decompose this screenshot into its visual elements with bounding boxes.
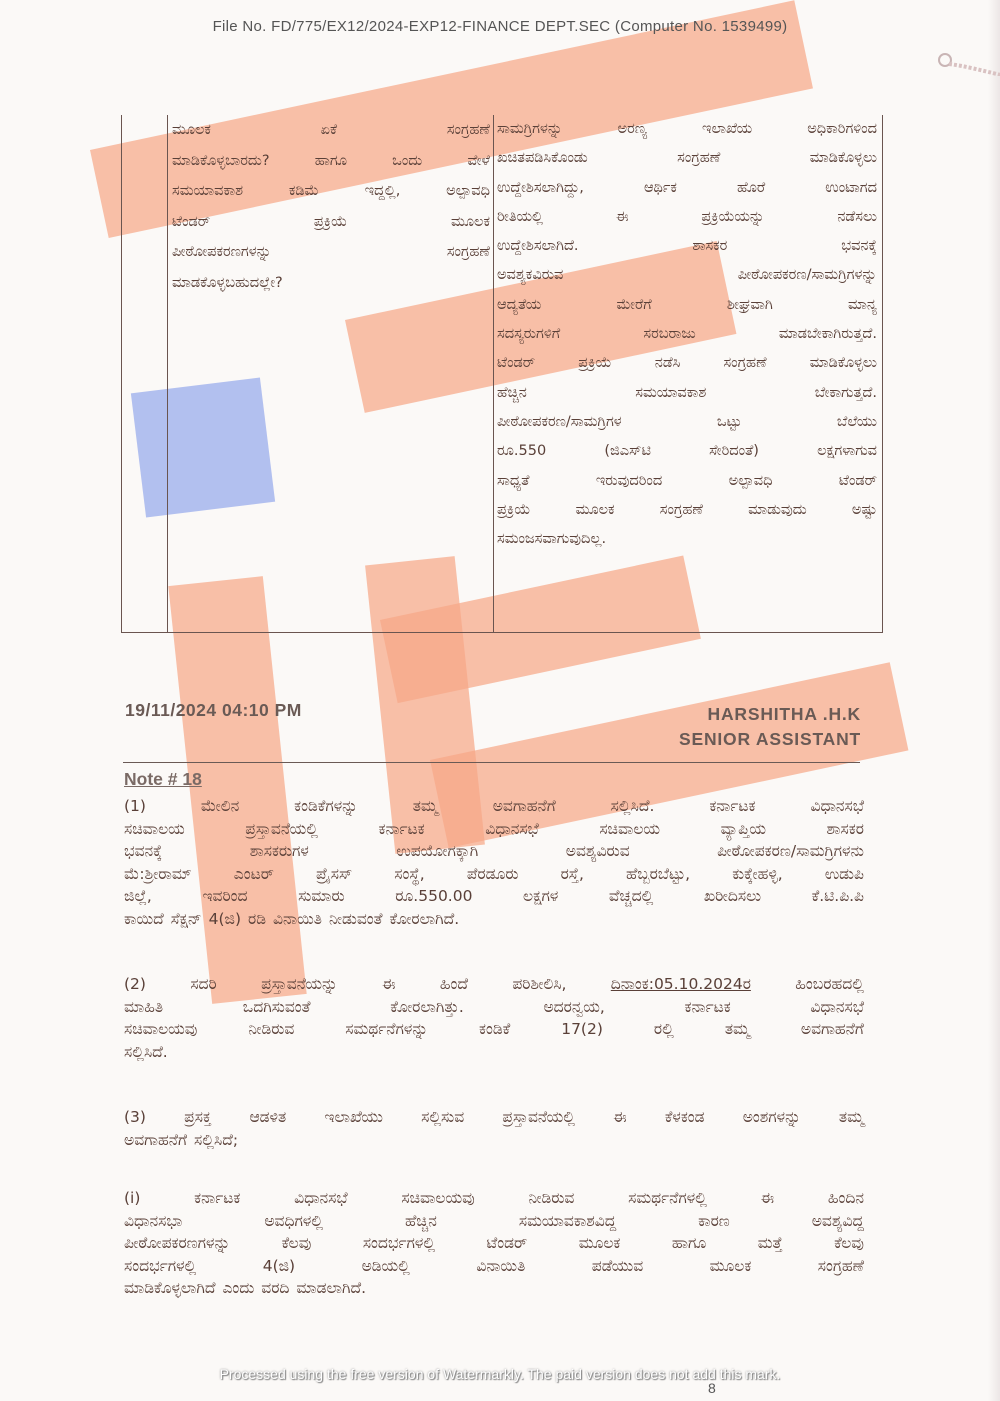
word: ವಿಧಾನಸಭೆ	[294, 1187, 348, 1210]
word: ಪ್ರಸಕ್ತ	[184, 1106, 211, 1129]
word: ಸಲ್ಲಿಸಿದೆ.	[124, 1041, 168, 1064]
word: ಅಲ್ಪಾವಧಿ	[446, 176, 490, 207]
word: ಕೆಲವು	[282, 1232, 312, 1255]
word: ಸಲ್ಲಿಸಿದೆ;	[194, 1129, 238, 1152]
divider	[123, 762, 860, 763]
text-line: ಟೆಂಡರ್ಪ್ರಕ್ರಿಯೆಮೂಲಕ	[172, 207, 490, 238]
word: (2)	[124, 973, 146, 996]
word: ವರದಿ	[261, 1277, 289, 1300]
word: ಈ	[761, 1187, 774, 1210]
word: ಕಾಯಿದೆ	[124, 908, 164, 931]
word: 4(ಜಿ)	[209, 908, 241, 931]
word: ಹೆಚ್ಚಿನ	[497, 379, 527, 408]
word: ಪ್ರೈಸಸ್	[316, 863, 352, 886]
word: ಮಾಡಬೇಕಾಗಿರುತ್ತದೆ.	[779, 320, 877, 349]
text-line: ಸಮಯಾವಕಾಶಕಡಿಮೆಇದ್ದಲ್ಲಿ,ಅಲ್ಪಾವಧಿ	[172, 176, 490, 207]
text-line: ವಿಧಾನಸಭಾಅವಧಿಗಳಲ್ಲಿಹೆಚ್ಚಿನಸಮಯಾವಕಾಶವಿದ್ದಕಾ…	[124, 1210, 864, 1233]
word: ಸಂಗ್ರಹಣೆ	[818, 1255, 864, 1278]
word: ವಿಧಾನಸಭೆ	[485, 818, 539, 841]
signatory-designation: SENIOR ASSISTANT	[679, 729, 861, 750]
word: ಅಂಶಗಳನ್ನು	[743, 1106, 801, 1129]
word: ಕೆ.ಟಿ.ಪಿ.ಪಿ	[812, 885, 864, 908]
word: ಮೂಲಕ	[579, 1232, 621, 1255]
word: ಪ್ರಸ್ತಾವನೆಯನ್ನು	[261, 973, 338, 996]
word: ಸಮಯಾವಕಾಶ	[172, 176, 243, 207]
word: ನೀಡಿರುವ	[248, 1018, 294, 1041]
word: ಉಂಟಾಗದ	[825, 174, 877, 203]
text-line: ಸಲ್ಲಿಸಿದೆ.	[124, 1041, 864, 1064]
word: ಮೂಲಕ	[451, 207, 490, 238]
word: ವೇಳೆ	[467, 146, 490, 177]
word: ಅವಗಾಹನೆಗೆ	[124, 1129, 187, 1152]
word: ಮೂಲಕ	[710, 1255, 752, 1278]
text-line: ಅವಗಾಹನೆಗೆಸಲ್ಲಿಸಿದೆ;	[124, 1129, 864, 1152]
word: ಅವಗಾಹನೆಗೆ	[493, 795, 556, 818]
word: ನಡೆಸಿ	[655, 349, 681, 378]
word: ಅವಗಾಹನೆಗೆ	[801, 1018, 864, 1041]
word: ಸಂಗ್ರಹಣೆ	[447, 237, 490, 268]
word: ಟೆಂಡರ್	[487, 1232, 528, 1255]
word: ವಿನಾಯಿತಿ	[273, 908, 322, 931]
word: ಸದರಿ	[190, 973, 216, 996]
word: ಸಮಂಜಸವಾಗುವುದಿಲ್ಲ.	[497, 525, 606, 554]
text-line: ಪೀಠೋಪಕರಣಗಳನ್ನುಕೆಲವುಸಂದರ್ಭಗಳಲ್ಲಿಟೆಂಡರ್ಮೂಲ…	[124, 1232, 864, 1255]
word: ಅಡಿಯಲ್ಲಿ	[362, 1255, 410, 1278]
word: ಸಂಗ್ರಹಣೆ	[447, 115, 490, 146]
word: ಸದಸ್ಯರುಗಳಿಗೆ	[497, 320, 560, 349]
word: ಅವಶ್ಯವಿರುವ	[566, 840, 630, 863]
word: ಮಾಡಲಾಗಿದೆ.	[296, 1277, 366, 1300]
text-line: ಸಚಿವಾಲಯವುನೀಡಿರುವಸಮರ್ಥನೆಗಳನ್ನುಕಂಡಿಕೆ17(2)…	[124, 1018, 864, 1041]
text-line: ಅವಶ್ಯಕವಿರುವಪೀಠೋಪಕರಣ/ಸಾಮಗ್ರಿಗಳನ್ನು	[497, 261, 877, 290]
word: ಲಕ್ಷಗಳ	[523, 885, 558, 908]
text-line: ಪೀಠೋಪಕರಣ/ಸಾಮಗ್ರಿಗಳಒಟ್ಟುಬೆಲೆಯು	[497, 408, 877, 437]
page-number: 8	[708, 1380, 716, 1396]
text-line: ಸದಸ್ಯರುಗಳಿಗೆಸರಬರಾಜುಮಾಡಬೇಕಾಗಿರುತ್ತದೆ.	[497, 320, 877, 349]
word: ನೀಡುವಂತೆ	[329, 908, 383, 931]
word: ಉದ್ದೇಶಿಸಲಾಗಿದ್ದು,	[497, 174, 584, 203]
word: ಎಂಟರ್	[234, 863, 274, 886]
text-line: ಸಮಂಜಸವಾಗುವುದಿಲ್ಲ.	[497, 525, 877, 554]
word: ಮತ್ತೆ	[758, 1232, 783, 1255]
word: ಕುಕ್ಕೇಹಳ್ಳಿ,	[732, 863, 783, 886]
word: ಖರೀದಿಸಲು	[704, 885, 761, 908]
word: ಟೆಂಡರ್	[172, 207, 210, 238]
word: ಜಿಲ್ಲೆ,	[124, 885, 152, 908]
word: ಕೆಳಕಂಡ	[665, 1106, 705, 1129]
text-line: ಮೆ:ಶ್ರೀರಾಮ್ಎಂಟರ್ಪ್ರೈಸಸ್ಸಂಸ್ಥೆ,ಪೆರಡೂರುರಸ್…	[124, 863, 864, 886]
word: ಹಾಗೂ	[672, 1232, 707, 1255]
word: ಆಡಳಿತ	[249, 1106, 286, 1129]
table-cell-question: ಮೂಲಕಏಕೆಸಂಗ್ರಹಣೆಮಾಡಿಕೊಳ್ಳಬಾರದು?ಹಾಗೂಒಂದುವೇ…	[172, 115, 490, 298]
word: ಸಚಿವಾಲಯ	[599, 818, 660, 841]
word: ಏಕೆ	[321, 115, 337, 146]
word: ಹೊರೆ	[737, 174, 765, 203]
note-paragraph-3-i: (i)ಕರ್ನಾಟಕವಿಧಾನಸಭೆಸಚಿವಾಲಯವುನೀಡಿರುವಸಮರ್ಥನ…	[124, 1187, 864, 1300]
text-line: (1)ಮೇಲಿನಕಂಡಿಕೆಗಳನ್ನುತಮ್ಮಅವಗಾಹನೆಗೆಸಲ್ಲಿಸಿ…	[124, 795, 864, 818]
word: ಅಲ್ಪಾವಧಿ	[729, 467, 773, 496]
text-line: (3)ಪ್ರಸಕ್ತಆಡಳಿತಇಲಾಖೆಯುಸಲ್ಲಿಸುವಪ್ರಸ್ತಾವನೆ…	[124, 1106, 864, 1129]
text-line: (i)ಕರ್ನಾಟಕವಿಧಾನಸಭೆಸಚಿವಾಲಯವುನೀಡಿರುವಸಮರ್ಥನ…	[124, 1187, 864, 1210]
note-paragraph-3: (3)ಪ್ರಸಕ್ತಆಡಳಿತಇಲಾಖೆಯುಸಲ್ಲಿಸುವಪ್ರಸ್ತಾವನೆ…	[124, 1106, 864, 1151]
word: ಸಂಗ್ರಹಣೆ	[677, 144, 720, 173]
word: ರಸ್ತೆ,	[561, 863, 584, 886]
text-line: ಮಾಡಿಕೊಳ್ಳಲಾಗಿದೆಎಂದುವರದಿಮಾಡಲಾಗಿದೆ.	[124, 1277, 864, 1300]
word: ವಿಧಾನಸಭೆ	[810, 795, 864, 818]
word: ಪೀಠೋಪಕರಣಗಳನ್ನು	[172, 237, 271, 268]
word: ಪ್ರಕ್ರಿಯೆ	[314, 207, 347, 238]
table-column-divider	[493, 115, 494, 632]
word: ಸಂಗ್ರಹಣೆ	[723, 349, 766, 378]
note-title: Note # 18	[124, 769, 202, 790]
word: (3)	[124, 1106, 146, 1129]
word: ಸಮಯಾವಕಾಶ	[635, 379, 706, 408]
word: ಹೆಚ್ಚಿನ	[405, 1210, 437, 1233]
text-line: ಹೆಚ್ಚಿನಸಮಯಾವಕಾಶಬೇಕಾಗುತ್ತದೆ.	[497, 379, 877, 408]
text-line: ಮಾಹಿತಿಒದಗಿಸುವಂತೆಕೋರಲಾಗಿತ್ತು.ಅದರನ್ವಯ,ಕರ್ನ…	[124, 996, 864, 1019]
text-line: ರೂ.550(ಜಿಎಸ್‌ಟಿಸೇರಿದಂತೆ)ಲಕ್ಷಗಳಾಗುವ	[497, 437, 877, 466]
word: ಮಾಡಿಕೊಳ್ಳಲಾಗಿದೆ	[124, 1277, 215, 1300]
word: ಇಲಾಖೆಯು	[324, 1106, 383, 1129]
word: ಲಕ್ಷಗಳಾಗುವ	[817, 437, 877, 466]
text-line: ಕಾಯಿದೆಸೆಕ್ಷನ್4(ಜಿ)ರಡಿವಿನಾಯಿತಿನೀಡುವಂತೆಕೋರ…	[124, 908, 864, 931]
word: ಹಿಂಬರಹದಲ್ಲಿ	[795, 973, 864, 996]
word: ಒಂದು	[392, 146, 422, 177]
text-line: ಪೀಠೋಪಕರಣಗಳನ್ನುಸಂಗ್ರಹಣೆ	[172, 237, 490, 268]
signature-datetime: 19/11/2024 04:10 PM	[125, 700, 302, 721]
word: ಕೋರಲಾಗಿತ್ತು.	[390, 996, 464, 1019]
word: ಭವನಕ್ಕೆ	[124, 840, 162, 863]
word: ಖಚಿತಪಡಿಸಿಕೊಂಡು	[497, 144, 588, 173]
word: ಮಾಡಿಕೊಳ್ಳಲು	[810, 349, 877, 378]
word: ಮೂಲಕ	[172, 115, 211, 146]
text-line: ಭವನಕ್ಕೆಶಾಸಕರುಗಳಉಪಯೋಗಕ್ಕಾಗಿಅವಶ್ಯವಿರುವಪೀಠೋ…	[124, 840, 864, 863]
word: ಸಂದರ್ಭಗಳಲ್ಲಿ	[124, 1255, 196, 1278]
word: ಈ	[613, 1106, 626, 1129]
text-line: ಪ್ರಕ್ರಿಯೆಮೂಲಕಸಂಗ್ರಹಣೆಮಾಡುವುದುಅಷ್ಟು	[497, 496, 877, 525]
word: ಸಚಿವಾಲಯವು	[124, 1018, 197, 1041]
word: ಕರ್ನಾಟಕ	[194, 1187, 240, 1210]
text-line: (2)ಸದರಿಪ್ರಸ್ತಾವನೆಯನ್ನುಈಹಿಂದೆಪರಿಶೀಲಿಸಿ,ದಿ…	[124, 973, 864, 996]
word: ಈ	[616, 203, 629, 232]
word: ಕಾರಣ	[698, 1210, 730, 1233]
word: ಹೆಬ್ಬರಬೆಟ್ಟು,	[626, 863, 690, 886]
text-line: ಆದ್ಯತೆಯಮೇರೆಗೆಶೀಘ್ರವಾಗಿಮಾನ್ಯ	[497, 291, 877, 320]
word: ಮೂಲಕ	[576, 496, 615, 525]
watermark-notice: Processed using the free version of Wate…	[0, 1366, 1000, 1382]
text-line: ಟೆಂಡರ್ಪ್ರಕ್ರಿಯೆನಡೆಸಿಸಂಗ್ರಹಣೆಮಾಡಿಕೊಳ್ಳಲು	[497, 349, 877, 378]
word: ಮೇರೆಗೆ	[616, 291, 651, 320]
text-line: ಮಾಡಿಕೊಳ್ಳಬಾರದು?ಹಾಗೂಒಂದುವೇಳೆ	[172, 146, 490, 177]
word: ಸಮರ್ಥನೆಗಳಲ್ಲಿ	[628, 1187, 707, 1210]
word: ಮಾನ್ಯ	[848, 291, 877, 320]
word: ನೀಡಿರುವ	[528, 1187, 574, 1210]
justification-table: ಮೂಲಕಏಕೆಸಂಗ್ರಹಣೆಮಾಡಿಕೊಳ್ಳಬಾರದು?ಹಾಗೂಒಂದುವೇ…	[121, 115, 883, 633]
word: ಪ್ರಸ್ತಾವನೆಯಲ್ಲಿ	[502, 1106, 575, 1129]
word: ಕರ್ನಾಟಕ	[685, 996, 731, 1019]
text-line: ಜಿಲ್ಲೆ,ಇವರಿಂದಸುಮಾರುರೂ.550.00ಲಕ್ಷಗಳವೆಚ್ಚದ…	[124, 885, 864, 908]
word: ಸರಬರಾಜು	[643, 320, 695, 349]
word: ತಮ್ಮ	[413, 795, 438, 818]
word: ಅದರನ್ವಯ,	[543, 996, 604, 1019]
word: ಕೆಲವು	[834, 1232, 864, 1255]
file-reference: File No. FD/775/EX12/2024-EXP12-FINANCE …	[0, 18, 1000, 35]
word: ಸಮರ್ಥನೆಗಳನ್ನು	[345, 1018, 428, 1041]
word: ಬೆಲೆಯು	[837, 408, 877, 437]
word: ವೆಚ್ಚದಲ್ಲಿ	[609, 885, 653, 908]
word: ಪ್ರಸ್ತಾವನೆಯಲ್ಲಿ	[245, 818, 318, 841]
word: ಮಾಹಿತಿ	[124, 996, 163, 1019]
word: ಸಚಿವಾಲಯವು	[401, 1187, 474, 1210]
word: ಸುಮಾರು	[298, 885, 345, 908]
word: ಪೀಠೋಪಕರಣ/ಸಾಮಗ್ರಿಗಳ	[497, 408, 622, 437]
note-paragraph-1: (1)ಮೇಲಿನಕಂಡಿಕೆಗಳನ್ನುತಮ್ಮಅವಗಾಹನೆಗೆಸಲ್ಲಿಸಿ…	[124, 795, 864, 930]
word: ಈ	[382, 973, 395, 996]
word: ಶಾಸಕರ	[692, 232, 727, 261]
word: ಸಮಯಾವಕಾಶವಿದ್ದ	[519, 1210, 616, 1233]
word: ಮೇಲಿನ	[201, 795, 239, 818]
word: ಕರ್ನಾಟಕ	[378, 818, 424, 841]
word: ದಿನಾಂಕ:05.10.2024ರ	[611, 973, 751, 996]
word: ಶಾಸಕರುಗಳ	[250, 840, 309, 863]
word: (1)	[124, 795, 146, 818]
word: ಸಂಗ್ರಹಣೆ	[660, 496, 703, 525]
table-column-divider	[167, 115, 168, 632]
watermark-column-left	[168, 576, 306, 1004]
word: ಪೀಠೋಪಕರಣಗಳನ್ನು	[124, 1232, 230, 1255]
word: ರಡಿ	[248, 908, 266, 931]
word: ಮಾಡಿಕೊಳ್ಳಲು	[810, 144, 877, 173]
word: 4(ಜಿ)	[263, 1255, 295, 1278]
word: ಹಿಂದೆ	[440, 973, 468, 996]
word: ಪೀಠೋಪಕರಣ/ಸಾಮಗ್ರಿಗಳನ್ನು	[738, 261, 877, 290]
word: ಕಂಡಿಕೆ	[479, 1018, 510, 1041]
word: ಹಿಂದಿನ	[828, 1187, 864, 1210]
word: ನಡೆಸಲು	[837, 203, 877, 232]
file-string-icon	[935, 52, 1000, 76]
word: ಮಾಡಿಕೊಳ್ಳಬಾರದು?	[172, 146, 270, 177]
text-line: ಸಾಮಗ್ರಿಗಳನ್ನುಅರಣ್ಯಇಲಾಖೆಯಅಧಿಕಾರಿಗಳಿಂದ	[497, 115, 877, 144]
word: ರೂ.550	[497, 437, 546, 466]
page-edge-shadow	[988, 0, 1000, 1401]
word: ಸಾಧ್ಯತೆ	[497, 467, 529, 496]
word: ಉಡುಪಿ	[825, 863, 864, 886]
word: ವಿಧಾನಸಭೆ	[810, 996, 864, 1019]
signatory-name: HARSHITHA .H.K	[708, 704, 861, 725]
word: 17(2)	[561, 1018, 603, 1041]
word: (i)	[124, 1187, 140, 1210]
word: ಭವನಕ್ಕೆ	[841, 232, 877, 261]
word: ಸಾಮಗ್ರಿಗಳನ್ನು	[497, 115, 563, 144]
word: ಟೆಂಡರ್	[839, 467, 877, 496]
word: ಪೀಠೋಪಕರಣ/ಸಾಮಗ್ರಿಗಳನು	[717, 840, 864, 863]
text-line: ಸಂದರ್ಭಗಳಲ್ಲಿ4(ಜಿ)ಅಡಿಯಲ್ಲಿವಿನಾಯಿತಿಪಡೆಯುವಮ…	[124, 1255, 864, 1278]
word: ಎಂದು	[222, 1277, 254, 1300]
word: ಪೆರಡೂರು	[467, 863, 519, 886]
word: ಸೇರಿದಂತೆ)	[709, 437, 759, 466]
word: ರೂ.550.00	[395, 885, 472, 908]
text-line: ಮೂಲಕಏಕೆಸಂಗ್ರಹಣೆ	[172, 115, 490, 146]
word: ಒಟ್ಟು	[717, 408, 742, 437]
word: ಶಾಸಕರ	[827, 818, 864, 841]
word: ತಮ್ಮ	[839, 1106, 864, 1129]
text-line: ಸಾಧ್ಯತೆಇರುವುದರಿಂದಅಲ್ಪಾವಧಿಟೆಂಡರ್	[497, 467, 877, 496]
word: ಸಂದರ್ಭಗಳಲ್ಲಿ	[363, 1232, 435, 1255]
word: ಮಾಡಕೊಳ್ಳಬಹುದಲ್ಲೇ?	[172, 268, 283, 299]
word: ಸಲ್ಲಿಸಿದೆ.	[611, 795, 655, 818]
word: ಸಂಸ್ಥೆ,	[394, 863, 424, 886]
word: ಹಾಗೂ	[315, 146, 347, 177]
word: ಪ್ರಕ್ರಿಯೆಯನ್ನು	[701, 203, 764, 232]
word: ಸೆಕ್ಷನ್	[171, 908, 202, 931]
word: ಉದ್ದೇಶಿಸಲಾಗಿದೆ.	[497, 232, 579, 261]
word: ಇಲಾಖೆಯ	[702, 115, 752, 144]
word: ಅಷ್ಟು	[852, 496, 877, 525]
word: ವಿನಾಯಿತಿ	[476, 1255, 525, 1278]
word: ಕಡಿಮೆ	[289, 176, 319, 207]
word: ಇವರಿಂದ	[202, 885, 247, 908]
word: ಅಧಿಕಾರಿಗಳಿಂದ	[807, 115, 877, 144]
word: ವ್ಯಾಪ್ತಿಯ	[721, 818, 766, 841]
word: ಮಾಡುವುದು	[748, 496, 807, 525]
word: ಪ್ರಕ್ರಿಯೆ	[497, 496, 530, 525]
word: ಆರ್ಥಿಕ	[644, 174, 677, 203]
table-cell-answer: ಸಾಮಗ್ರಿಗಳನ್ನುಅರಣ್ಯಇಲಾಖೆಯಅಧಿಕಾರಿಗಳಿಂದಖಚಿತ…	[497, 115, 877, 554]
word: ಟೆಂಡರ್	[497, 349, 535, 378]
word: ಇರುವುದರಿಂದ	[596, 467, 662, 496]
word: ಬೇಕಾಗುತ್ತದೆ.	[815, 379, 877, 408]
word: ರಲ್ಲಿ	[654, 1018, 674, 1041]
word: ಕೋರಲಾಗಿದೆ.	[389, 908, 459, 931]
word: ಆದ್ಯತೆಯ	[497, 291, 541, 320]
word: ಉಪಯೋಗಕ್ಕಾಗಿ	[396, 840, 478, 863]
word: ಅರಣ್ಯ	[618, 115, 648, 144]
text-line: ರೀತಿಯಲ್ಲಿಈಪ್ರಕ್ರಿಯೆಯನ್ನುನಡೆಸಲು	[497, 203, 877, 232]
word: ಒದಗಿಸುವಂತೆ	[243, 996, 311, 1019]
word: ಕರ್ನಾಟಕ	[709, 795, 755, 818]
word: ರೀತಿಯಲ್ಲಿ	[497, 203, 543, 232]
word: ತಮ್ಮ	[725, 1018, 750, 1041]
word: ಸಚಿವಾಲಯ	[124, 818, 185, 841]
word: ಪಡೆಯುವ	[592, 1255, 643, 1278]
word: ವಿಧಾನಸಭಾ	[124, 1210, 182, 1233]
word: ಪ್ರಕ್ರಿಯೆ	[578, 349, 611, 378]
word: ಸಲ್ಲಿಸುವ	[421, 1106, 464, 1129]
word: ಶೀಘ್ರವಾಗಿ	[727, 291, 773, 320]
word: ಅವಧಿಗಳಲ್ಲಿ	[264, 1210, 323, 1233]
word: ಅವಶ್ಯವಿದ್ದ	[812, 1210, 864, 1233]
word: ಕಂಡಿಕೆಗಳನ್ನು	[294, 795, 358, 818]
text-line: ಸಚಿವಾಲಯಪ್ರಸ್ತಾವನೆಯಲ್ಲಿಕರ್ನಾಟಕವಿಧಾನಸಭೆಸಚಿ…	[124, 818, 864, 841]
word: ಪರಿಶೀಲಿಸಿ,	[512, 973, 566, 996]
text-line: ಮಾಡಕೊಳ್ಳಬಹುದಲ್ಲೇ?	[172, 268, 490, 299]
word: (ಜಿಎಸ್‌ಟಿ	[604, 437, 651, 466]
text-line: ಖಚಿತಪಡಿಸಿಕೊಂಡುಸಂಗ್ರಹಣೆಮಾಡಿಕೊಳ್ಳಲು	[497, 144, 877, 173]
word: ಮೆ:ಶ್ರೀರಾಮ್	[124, 863, 192, 886]
word: ಇದ್ದಲ್ಲಿ,	[365, 176, 401, 207]
text-line: ಉದ್ದೇಶಿಸಲಾಗಿದೆ.ಶಾಸಕರಭವನಕ್ಕೆ	[497, 232, 877, 261]
note-paragraph-2: (2)ಸದರಿಪ್ರಸ್ತಾವನೆಯನ್ನುಈಹಿಂದೆಪರಿಶೀಲಿಸಿ,ದಿ…	[124, 973, 864, 1063]
text-line: ಉದ್ದೇಶಿಸಲಾಗಿದ್ದು,ಆರ್ಥಿಕಹೊರೆಉಂಟಾಗದ	[497, 174, 877, 203]
word: ಅವಶ್ಯಕವಿರುವ	[497, 261, 563, 290]
